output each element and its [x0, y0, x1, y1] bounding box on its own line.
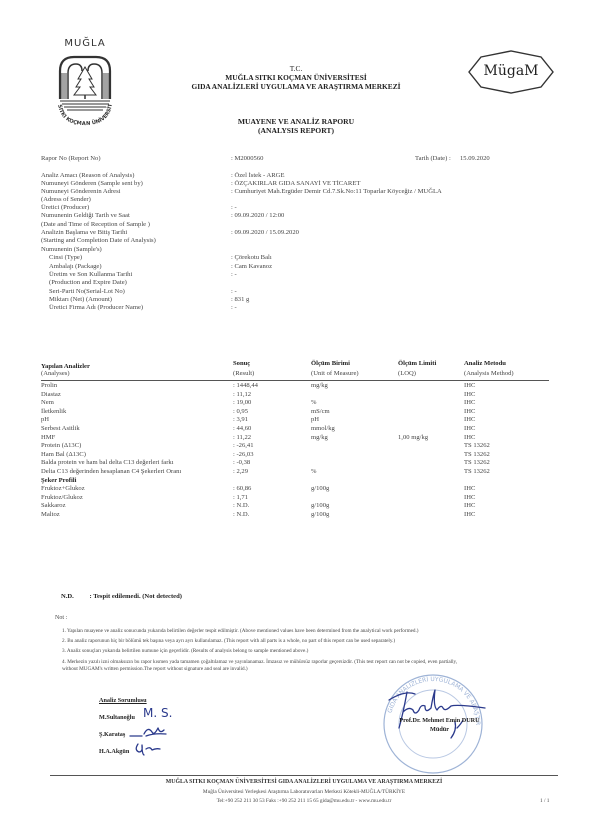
analysis-name: Fruktoz+Glukoz [41, 485, 85, 492]
analysis-method: IHC [464, 494, 475, 501]
analysis-result: : 2,29 [233, 468, 248, 475]
footer-contact: Tel:+90 252 211 30 53 Faks :+90 252 211 … [50, 798, 558, 804]
director-title: Müdür [382, 726, 497, 733]
analysis-result: : 11,12 [233, 391, 251, 398]
analysis-method: IHC [464, 399, 475, 406]
date-value: 15.09.2020 [460, 155, 490, 162]
analysis-name: Balda protein ve ham bal delta C13 değer… [41, 459, 174, 466]
university-logo-text: MUĞLA [50, 38, 120, 49]
info-label: (Date and Time of Reception of Sample ) [41, 221, 150, 228]
header-university: MUĞLA SITKI KOÇMAN ÜNİVERSİTESİ [130, 73, 462, 82]
info-label: Numunenin (Sample's) [41, 246, 102, 253]
analysis-name: HMF [41, 434, 55, 441]
analysis-name: Protein (Δ13C) [41, 442, 81, 449]
nd-abbr: N.D. [61, 593, 74, 600]
info-label: Üretici (Producer) [41, 204, 89, 211]
info-label: Numuneyi Gönderen (Sample sent by) [41, 180, 143, 187]
info-value: : Çörekotu Balı [231, 254, 272, 261]
analysis-method: TS 13262 [464, 451, 490, 458]
analysis-name: Delta C13 değerinden hesaplanan C4 Şeker… [41, 468, 181, 475]
analyst-1-initials: M. S. [143, 706, 172, 720]
analysis-method: IHC [464, 408, 475, 415]
analysis-result: : 0,95 [233, 408, 248, 415]
analysis-result: : 3,91 [233, 416, 248, 423]
col-unit: Ölçüm Birimi [311, 360, 350, 367]
info-label: (Production and Expire Date) [49, 279, 127, 286]
info-value: : 831 g [231, 296, 249, 303]
analysis-name: pH [41, 416, 49, 423]
analysis-method: IHC [464, 382, 475, 389]
report-no-label: Rapor No (Report No) [41, 155, 101, 162]
col-analyses-en: (Analyses) [41, 370, 70, 377]
analysis-unit: mg/kg [311, 434, 328, 441]
analysis-name: İletkenlik [41, 408, 66, 415]
analysis-result: : 60,86 [233, 485, 251, 492]
mugam-logo: MügaM [467, 49, 555, 95]
analysis-unit: mg/kg [311, 382, 328, 389]
analysis-result: : -0,38 [233, 459, 250, 466]
analysis-unit: mmol/kg [311, 425, 335, 432]
note-2: 2. Bu analiz raporunun hiç bir bölümü te… [62, 638, 395, 644]
analysis-unit: g/100g [311, 502, 329, 509]
header-tc: T.C. [130, 64, 462, 73]
info-label: Üretim ve Son Kullanma Tarihi [49, 271, 132, 278]
header-center: GIDA ANALİZLERİ UYGULAMA VE ARAŞTIRMA ME… [130, 82, 462, 91]
analysis-name: Prolin [41, 382, 57, 389]
analysis-method: TS 13262 [464, 468, 490, 475]
info-label: Üretici Firma Adı (Producer Name) [49, 304, 143, 311]
note-3: 3. Analiz sonuçları yukarıda belirtilen … [62, 648, 308, 654]
university-logo: MUĞLA SITKI KOÇMAN ÜNİVERSİTESİ [50, 38, 120, 128]
col-analyses: Yapılan Analizler [41, 363, 90, 370]
analysis-result: : 44,60 [233, 425, 251, 432]
analyst-2-signature-icon [128, 724, 168, 740]
info-value: : 09.09.2020 / 12:00 [231, 212, 284, 219]
info-label: Cinsi (Type) [49, 254, 82, 261]
info-value: : Cam Kavanoz [231, 263, 272, 270]
note-1: 1. Yapılan muayene ve analiz sonucunda y… [62, 628, 419, 634]
analyst-2: Ş.Karataş [99, 731, 125, 738]
info-value: : 09.09.2020 / 15.09.2020 [231, 229, 299, 236]
analysis-result: : 1,71 [233, 494, 248, 501]
report-title-en: (ANALYSIS REPORT) [130, 126, 462, 135]
analyst-1: M.Sultanoğlu [99, 714, 135, 721]
analyst-3: H.A.Akgün [99, 748, 129, 755]
report-no-value: : M2000560 [231, 155, 263, 162]
col-unit-en: (Unit of Measure) [311, 370, 359, 377]
responsible-heading: Analiz Sorumlusu [99, 697, 147, 704]
footer-rule [50, 775, 558, 776]
analysis-result: : 1448,44 [233, 382, 258, 389]
analysis-unit: pH [311, 416, 319, 423]
director-name: Prof.Dr. Mehmet Emin DURU [382, 717, 497, 724]
info-value: : Özel İstek - ARGE [231, 172, 284, 179]
analysis-name: Ham Bal (Δ13C) [41, 451, 86, 458]
report-title: MUAYENE VE ANALİZ RAPORU [130, 117, 462, 126]
nd-text: : Tespit edilemedi. (Not detected) [89, 593, 181, 600]
page-number: 1 / 1 [540, 798, 549, 804]
analysis-unit: % [311, 399, 317, 406]
analysis-method: IHC [464, 511, 475, 518]
footer-address: Muğla Üniversitesi Yerleşkesi Araştırma … [50, 789, 558, 795]
analysis-name: Maltoz [41, 511, 60, 518]
info-value: : Cumhuriyet Mah.Ergüder Demir Cd.7.Sk.N… [231, 188, 442, 195]
col-result: Sonuç [233, 360, 250, 367]
col-method: Analiz Metodu [464, 360, 506, 367]
info-label: Ambalajı (Package) [49, 263, 102, 270]
info-value: : ÖZÇAKIRLAR GIDA SANAYİ VE TİCARET [231, 180, 360, 187]
director-signature-icon [385, 684, 495, 744]
nd-legend: N.D. : Tespit edilemedi. (Not detected) [61, 593, 182, 600]
info-label: Numuneyi Gönderenin Adresi [41, 188, 120, 195]
col-method-en: (Analysis Method) [464, 370, 514, 377]
info-label: Analiz Amacı (Reason of Analysis) [41, 172, 134, 179]
analysis-method: TS 13262 [464, 442, 490, 449]
analysis-unit: g/100g [311, 485, 329, 492]
col-loq-en: (LOQ) [398, 370, 416, 377]
footer-center-name: MUĞLA SITKI KOÇMAN ÜNİVERSİTESİ GIDA ANA… [50, 779, 558, 785]
analysis-unit: mS/cm [311, 408, 330, 415]
info-value: : - [231, 304, 237, 311]
analysis-result: : -26,41 [233, 442, 254, 449]
analysis-method: IHC [464, 425, 475, 432]
svg-text:SITKI KOÇMAN ÜNİVERSİTESİ: SITKI KOÇMAN ÜNİVERSİTESİ [56, 51, 114, 127]
analysis-name: Sakkaroz [41, 502, 66, 509]
analysis-result: : N.D. [233, 502, 249, 509]
arch-tree-emblem-icon: SITKI KOÇMAN ÜNİVERSİTESİ [56, 51, 114, 127]
info-label: Seri-Parti No(Serial-Lot No) [49, 288, 125, 295]
info-label: (Adress of Sender) [41, 196, 91, 203]
info-value: : - [231, 204, 237, 211]
analysis-method: IHC [464, 434, 475, 441]
col-loq: Ölçüm Limiti [398, 360, 436, 367]
table-header-rule [41, 380, 549, 381]
info-value: : - [231, 271, 237, 278]
note-4-cont: without MUGAM's written permission.The r… [62, 666, 248, 672]
info-label: Numunenin Geldiği Tarih ve Saat [41, 212, 130, 219]
analysis-name: Fruktoz/Glukoz [41, 494, 83, 501]
info-value: : - [231, 288, 237, 295]
analysis-result: : -26,03 [233, 451, 254, 458]
analysis-result: : N.D. [233, 511, 249, 518]
analysis-name: Serbest Asitlik [41, 425, 80, 432]
analysis-method: IHC [464, 416, 475, 423]
table-row: Maltoz: N.D.g/100gIHC [41, 511, 561, 522]
analysis-result: : 11,22 [233, 434, 251, 441]
notes-heading: Not : [55, 615, 67, 621]
date-label: Tarih (Date) : [415, 155, 451, 162]
analysis-method: IHC [464, 391, 475, 398]
analysis-method: IHC [464, 502, 475, 509]
info-label: Miktarı (Net) (Amount) [49, 296, 112, 303]
info-label: (Starting and Completion Date of Analysi… [41, 237, 156, 244]
analysis-result: : 19,00 [233, 399, 251, 406]
mugam-logo-text: MügaM [467, 63, 555, 79]
analysis-method: TS 13262 [464, 459, 490, 466]
analysis-name: Diastaz [41, 391, 61, 398]
sugar-profile-heading: Şeker Profili [41, 477, 76, 484]
analysis-method: IHC [464, 485, 475, 492]
note-4: 4. Merkezin yazılı izni olmaksızın bu ra… [62, 659, 457, 665]
analysis-loq: 1,00 mg/kg [398, 434, 428, 441]
analysis-unit: g/100g [311, 511, 329, 518]
analysis-name: Nem [41, 399, 54, 406]
analysis-unit: % [311, 468, 317, 475]
info-label: Analizin Başlama ve Bitiş Tarihi [41, 229, 127, 236]
analyst-3-signature-icon [134, 740, 164, 756]
col-result-en: (Result) [233, 370, 254, 377]
